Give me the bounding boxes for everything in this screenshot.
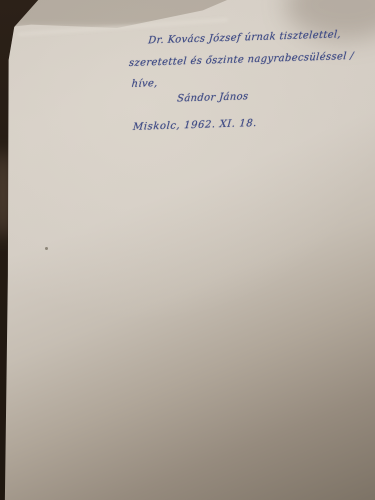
handwritten-inscription: Dr. Kovács József úrnak tisztelettel, sz… (128, 26, 375, 154)
paper-speck (45, 247, 48, 250)
book-flyleaf-paper: Dr. Kovács József úrnak tisztelettel, sz… (0, 0, 375, 500)
inscription-dateline: Miskolc, 1962. XI. 18. (133, 118, 258, 133)
inscription-signature: Sándor János (177, 91, 249, 104)
inscription-line-recipient: Dr. Kovács József úrnak tisztelettel, (148, 29, 342, 46)
paper-top-edge-shadow (0, 0, 260, 28)
inscription-line-closing: híve, (131, 78, 158, 90)
photo-of-handwritten-dedication: Dr. Kovács József úrnak tisztelettel, sz… (0, 0, 375, 500)
inscription-line-greeting: szeretettel és őszinte nagyrabecsüléssel… (129, 51, 355, 69)
